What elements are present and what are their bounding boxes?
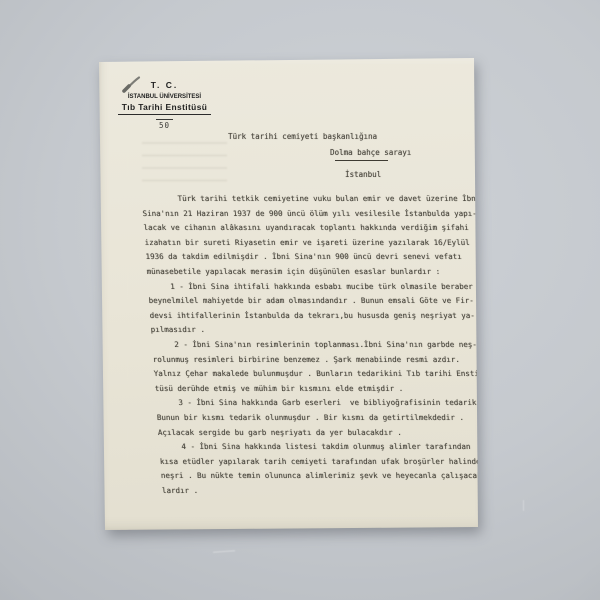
body-line: 1936 da takdim edilmişdir . İbni Sina'nı… — [145, 250, 491, 265]
body-line: Sina'nın 21 Haziran 1937 de 900 üncü ölü… — [142, 207, 488, 222]
body-line: beynelmilel mahiyetde bir adam olmasında… — [148, 294, 494, 309]
letter-paper: T. C. İSTANBUL ÜNİVERSİTESİ Tıb Tarihi E… — [97, 58, 479, 531]
ink-bleedthrough — [142, 142, 227, 182]
body-line: lacak ve cihanın alâkasını uyandıracak t… — [143, 221, 489, 236]
letterhead-university: İSTANBUL ÜNİVERSİTESİ — [121, 93, 208, 100]
surface-scratch — [523, 500, 524, 511]
letter-body: Türk tarihi tetkik cemiyetine vuku bulan… — [141, 192, 507, 498]
body-line: 2 - İbni Sina'nın resimlerinin toplanmas… — [151, 338, 497, 353]
body-line: 4 - İbni Sina hakkında listesi takdim ol… — [158, 440, 504, 455]
letterhead-tc: T. C. — [118, 80, 211, 90]
photograph-of-letter: T. C. İSTANBUL ÜNİVERSİTESİ Tıb Tarihi E… — [0, 0, 600, 600]
body-line: neşri . Bu nükte temin olununca alimleri… — [160, 469, 506, 484]
letterhead-institute: Tıb Tarihi Enstitüsü — [118, 102, 211, 115]
body-line: kısa etüdler yapılarak tarih cemiyeti ta… — [159, 455, 505, 470]
body-line: rolunmuş resimleri birbirine benzemez . … — [152, 353, 498, 368]
surface-scratch — [213, 550, 235, 553]
body-line: münasebetile yapılacak merasim için düşü… — [146, 265, 492, 280]
body-line: Türk tarihi tetkik cemiyetine vuku bulan… — [141, 192, 487, 207]
letterhead: T. C. İSTANBUL ÜNİVERSİTESİ Tıb Tarihi E… — [118, 80, 211, 130]
paper-sheet: T. C. İSTANBUL ÜNİVERSİTESİ Tıb Tarihi E… — [97, 58, 479, 531]
recipient-title: Türk tarihi cemiyeti başkanlığına — [228, 132, 377, 141]
body-line: pılmasıdır . — [150, 323, 496, 338]
recipient-address-underline — [335, 160, 388, 161]
body-line: 3 - İbni Sina hakkında Garb eserleri ve … — [155, 396, 501, 411]
body-line: devsi ihtifallerinin İstanbulda da tekra… — [149, 309, 495, 324]
letterhead-number: 50 — [118, 121, 211, 130]
body-line: Yalnız Çehar makalede bulunmuşdur . Bunl… — [153, 367, 499, 382]
body-line: 1 - İbni Sina ihtifali hakkında esbabı m… — [147, 280, 493, 295]
body-line: izahatın bir sureti Riyasetin emir ve iş… — [144, 236, 490, 251]
recipient-address: Dolma bahçe sarayı — [330, 148, 411, 157]
recipient-city: İstanbul — [345, 170, 381, 179]
body-line: lardır . — [161, 484, 507, 499]
body-line: Açılacak sergide bu garb neşriyatı da ye… — [157, 426, 503, 441]
body-line: Bunun bir kısmı tedarik olunmuşdur . Bir… — [156, 411, 502, 426]
body-line: tüsü derühde etmiş ve mühim bir kısmını … — [154, 382, 500, 397]
letterhead-number-rule — [156, 119, 173, 120]
